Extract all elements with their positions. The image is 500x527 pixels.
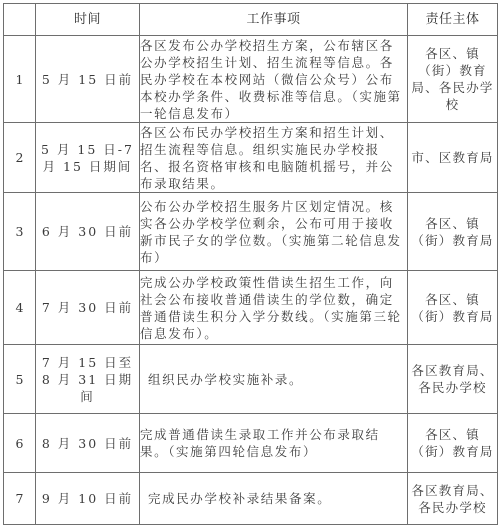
table-header-row: 时间 工作事项 责任主体 [4, 4, 498, 36]
row-task: 完成公办学校政策性借读生招生工作，向社会公布接收普通借读生的学位数，确定普通借读… [140, 271, 408, 345]
row-owner: 各区、镇（街）教育局 [408, 193, 498, 271]
row-number: 6 [4, 414, 36, 473]
row-owner: 各区教育局、各民办学校 [408, 345, 498, 414]
header-owner: 责任主体 [408, 4, 498, 36]
row-number: 4 [4, 271, 36, 345]
table-row: 5 7 月 15 日至 8 月 31 日期间 组织民办学校实施补录。 各区教育局… [4, 345, 498, 414]
row-number: 2 [4, 123, 36, 193]
header-time: 时间 [36, 4, 140, 36]
row-task: 各区公布民办学校招生方案和招生计划、招生流程等信息。组织实施民办学校报名、报名资… [140, 123, 408, 193]
row-task: 各区发布公办学校招生方案，公布辖区各公办学校招生计划、招生流程等信息。各民办学校… [140, 36, 408, 123]
row-number: 7 [4, 473, 36, 525]
row-time: 5 月 15 日前 [36, 36, 140, 123]
table-row: 7 9 月 10 日前 完成民办学校补录结果备案。 各区教育局、各民办学校 [4, 473, 498, 525]
row-task: 完成民办学校补录结果备案。 [140, 473, 408, 525]
table-row: 1 5 月 15 日前 各区发布公办学校招生方案，公布辖区各公办学校招生计划、招… [4, 36, 498, 123]
row-time: 7 月 30 日前 [36, 271, 140, 345]
row-task: 公布公办学校招生服务片区划定情况。核实各公办学校学位剩余，公布可用于接收新市民子… [140, 193, 408, 271]
row-owner: 各区、镇（街）教育局 [408, 271, 498, 345]
row-owner: 各区教育局、各民办学校 [408, 473, 498, 525]
row-time: 5 月 15 日-7 月 15 日期间 [36, 123, 140, 193]
row-owner: 各区、镇（街）教育局、各民办学校 [408, 36, 498, 123]
row-number: 1 [4, 36, 36, 123]
row-number: 3 [4, 193, 36, 271]
table-row: 3 6 月 30 日前 公布公办学校招生服务片区划定情况。核实各公办学校学位剩余… [4, 193, 498, 271]
row-owner: 市、区教育局 [408, 123, 498, 193]
row-time: 8 月 30 日前 [36, 414, 140, 473]
row-owner: 各区、镇（街）教育局 [408, 414, 498, 473]
table-row: 2 5 月 15 日-7 月 15 日期间 各区公布民办学校招生方案和招生计划、… [4, 123, 498, 193]
enrollment-schedule-table: 时间 工作事项 责任主体 1 5 月 15 日前 各区发布公办学校招生方案，公布… [3, 3, 498, 525]
table-row: 6 8 月 30 日前 完成普通借读生录取工作并公布录取结果。（实施第四轮信息发… [4, 414, 498, 473]
row-time: 7 月 15 日至 8 月 31 日期间 [36, 345, 140, 414]
row-time: 6 月 30 日前 [36, 193, 140, 271]
row-task: 组织民办学校实施补录。 [140, 345, 408, 414]
table-row: 4 7 月 30 日前 完成公办学校政策性借读生招生工作，向社会公布接收普通借读… [4, 271, 498, 345]
header-number [4, 4, 36, 36]
row-time: 9 月 10 日前 [36, 473, 140, 525]
header-task: 工作事项 [140, 4, 408, 36]
row-number: 5 [4, 345, 36, 414]
row-task: 完成普通借读生录取工作并公布录取结果。（实施第四轮信息发布） [140, 414, 408, 473]
